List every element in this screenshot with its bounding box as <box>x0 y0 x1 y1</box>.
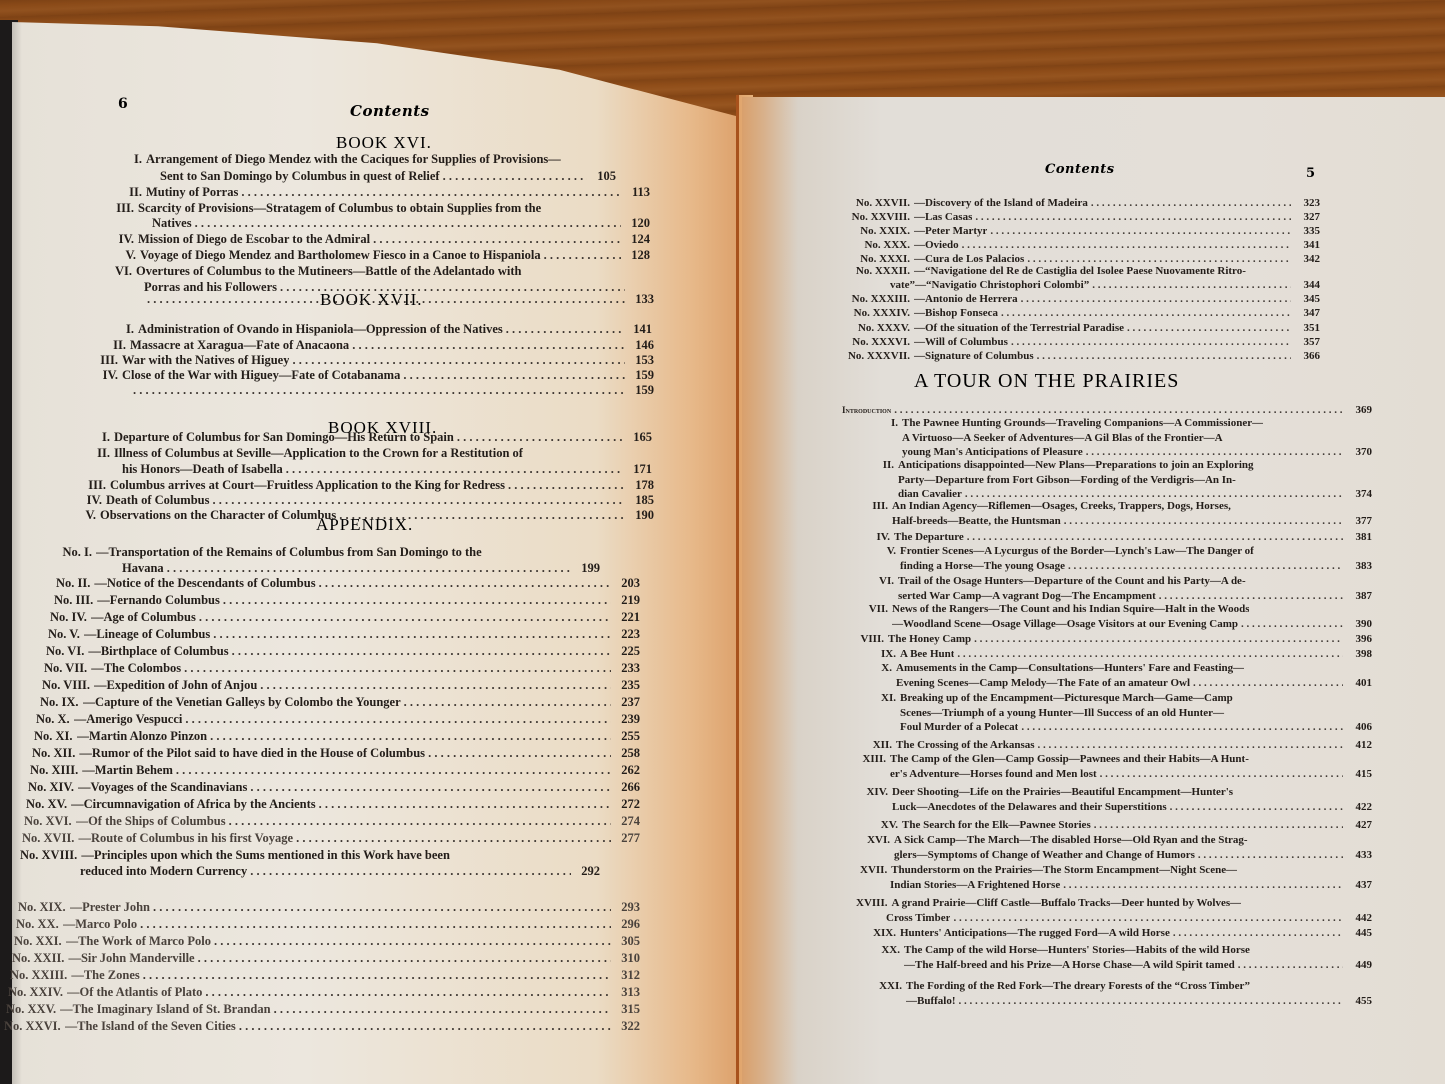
toc-entry-continuation[interactable]: Foul Murder of a Polecat406 <box>900 721 1372 733</box>
dot-leader <box>1064 515 1343 527</box>
entry-page-number: 366 <box>1294 350 1320 362</box>
entry-title: Introduction <box>842 405 891 415</box>
entry-number: No. XXVII. <box>840 197 910 209</box>
toc-entry[interactable]: IV.Close of the War with Higuey—Fate of … <box>94 368 654 383</box>
entry-number: No. XXII. <box>12 951 64 966</box>
toc-entry[interactable]: No. XXXVI.—Will of Columbus357 <box>840 336 1320 348</box>
entry-page-number: 445 <box>1346 927 1372 939</box>
entry-title: —Principles upon which the Sums mentione… <box>81 848 450 863</box>
dot-leader <box>184 661 611 676</box>
toc-entry[interactable]: V.Observations on the Character of Colum… <box>80 508 654 523</box>
entry-number: No. VIII. <box>42 678 90 693</box>
right-folio: 5 <box>1306 166 1315 181</box>
entry-page-number: 406 <box>1346 721 1372 733</box>
dot-leader <box>1170 801 1343 813</box>
dot-leader <box>153 900 611 915</box>
toc-entry[interactable]: No. III.—Fernando Columbus219 <box>54 593 640 608</box>
entry-page-number: 313 <box>614 985 640 1000</box>
entry-title: —Marco Polo <box>63 917 137 932</box>
entry-title: —Sir John Manderville <box>68 951 194 966</box>
entry-page-number: 322 <box>614 1019 640 1034</box>
dot-leader <box>1159 590 1343 602</box>
entry-title: Thunderstorm on the Prairies—The Storm E… <box>891 864 1237 876</box>
toc-entry[interactable]: No. XII.—Rumor of the Pilot said to have… <box>32 746 640 761</box>
entry-page-number: 396 <box>1346 633 1372 645</box>
toc-entry[interactable]: II.Massacre at Xaragua—Fate of Anacaona1… <box>104 338 654 353</box>
toc-entry[interactable]: No. XXX.—Oviedo341 <box>840 239 1320 251</box>
entry-title: News of the Rangers—The Count and his In… <box>892 603 1249 615</box>
entry-number: V. <box>80 508 96 523</box>
entry-title: Illness of Columbus at Seville—Applicati… <box>114 446 523 461</box>
entry-number: No. XXXVI. <box>840 336 910 348</box>
entry-number: No. XXVIII. <box>840 211 910 223</box>
entry-page-number: 296 <box>614 917 640 932</box>
toc-entry-continuation: A Virtuoso—A Seeker of Adventures—A Gil … <box>902 432 1223 444</box>
toc-entry[interactable]: XX.The Camp of the wild Horse—Hunters' S… <box>874 944 1250 956</box>
toc-entry[interactable]: V.Frontier Scenes—A Lycurgus of the Bord… <box>870 545 1254 557</box>
entry-title: Amusements in the Camp—Consultations—Hun… <box>896 662 1244 674</box>
entry-number: No. XXVI. <box>4 1019 61 1034</box>
entry-number: VIII. <box>858 633 884 645</box>
dot-leader <box>1092 279 1291 291</box>
entry-number: No. XIX. <box>18 900 66 915</box>
entry-page-number: 266 <box>614 780 640 795</box>
entry-title: Scarcity of Provisions—Stratagem of Colu… <box>138 201 541 216</box>
tour-section-heading: A TOUR ON THE PRAIRIES <box>914 370 1179 393</box>
entry-page-number: 344 <box>1294 279 1320 291</box>
dot-leader <box>292 353 625 368</box>
dot-leader <box>1173 927 1343 939</box>
toc-entry[interactable]: No. XXI.—The Work of Marco Polo305 <box>14 934 640 949</box>
entry-number: II. <box>120 185 142 200</box>
entry-title: —Amerigo Vespucci <box>74 712 183 727</box>
toc-entry-continuation[interactable]: Sent to San Domingo by Columbus in quest… <box>160 169 616 184</box>
entry-title-continued: glers—Symptoms of Change of Weather and … <box>894 849 1195 861</box>
toc-entry[interactable]: No. XXXVII.—Signature of Columbus366 <box>840 350 1320 362</box>
entry-page-number: 312 <box>614 968 640 983</box>
entry-number: IV. <box>78 493 102 508</box>
toc-entry[interactable]: No. XXIX.—Peter Martyr335 <box>840 225 1320 237</box>
entry-page-number: 153 <box>628 353 654 368</box>
toc-entry-continuation[interactable]: Evening Scenes—Camp Melody—The Fate of a… <box>896 677 1372 689</box>
entry-title: The Pawnee Hunting Grounds—Traveling Com… <box>902 417 1263 429</box>
toc-entry[interactable]: No. XXII.—Sir John Manderville310 <box>12 951 640 966</box>
entry-title: Death of Columbus <box>106 493 210 508</box>
toc-entry-continuation[interactable]: finding a Horse—The young Osage383 <box>900 560 1372 572</box>
dot-leader <box>133 383 625 398</box>
entry-title: Close of the War with Higuey—Fate of Cot… <box>122 368 400 383</box>
entry-number: No. XVI. <box>24 814 72 829</box>
entry-page-number: 171 <box>626 462 652 477</box>
toc-entry-continuation: Scenes—Triumph of a young Hunter—Ill Suc… <box>900 707 1224 719</box>
dot-leader <box>508 478 625 493</box>
toc-entry[interactable]: No. XIII.—Martin Behem262 <box>30 763 640 778</box>
entry-page-number: 178 <box>628 478 654 493</box>
entry-page-number: 370 <box>1346 446 1372 458</box>
entry-title: The Honey Camp <box>888 633 971 645</box>
entry-number: No. XI. <box>34 729 73 744</box>
entry-number: No. VI. <box>46 644 84 659</box>
toc-entry[interactable]: XII.The Crossing of the Arkansas412 <box>866 739 1372 751</box>
toc-entry[interactable]: No. XVI.—Of the Ships of Columbus274 <box>24 814 640 829</box>
entry-number: No. VII. <box>44 661 87 676</box>
entry-page-number: 315 <box>614 1002 640 1017</box>
entry-title-continued: finding a Horse—The young Osage <box>900 560 1065 572</box>
entry-number: No. XIII. <box>30 763 78 778</box>
entry-page-number: 255 <box>614 729 640 744</box>
entry-number: No. XVIII. <box>20 848 77 863</box>
toc-entry[interactable]: VIII.The Honey Camp396 <box>858 633 1372 645</box>
toc-entry-continuation[interactable]: his Honors—Death of Isabella171 <box>122 462 652 477</box>
entry-page-number: 427 <box>1346 819 1372 831</box>
dot-leader <box>443 169 587 184</box>
right-running-head: Contents <box>1045 162 1115 177</box>
toc-entry[interactable]: XIII.The Camp of the Glen—Camp Gossip—Pa… <box>860 753 1249 765</box>
entry-page-number: 272 <box>614 797 640 812</box>
entry-title: —The Island of the Seven Cities <box>65 1019 236 1034</box>
entry-number: No. X. <box>36 712 70 727</box>
entry-title: —Will of Columbus <box>914 336 1008 348</box>
toc-entry[interactable]: I.Administration of Ovando in Hispaniola… <box>112 322 652 337</box>
toc-entry-continuation[interactable]: —Buffalo!455 <box>906 995 1372 1007</box>
entry-title: Anticipations disappointed—New Plans—Pre… <box>898 459 1254 471</box>
toc-entry-continuation[interactable]: glers—Symptoms of Change of Weather and … <box>894 849 1372 861</box>
toc-entry[interactable]: No. X.—Amerigo Vespucci239 <box>36 712 640 727</box>
toc-entry[interactable]: No. IV.—Age of Columbus221 <box>50 610 640 625</box>
dot-leader <box>232 644 611 659</box>
left-folio: 6 <box>118 96 128 112</box>
toc-entry[interactable]: No. XI.—Martin Alonzo Pinzon255 <box>34 729 640 744</box>
entry-title-continued: Foul Murder of a Polecat <box>900 721 1018 733</box>
entry-title: The Camp of the Glen—Camp Gossip—Pawnees… <box>890 753 1249 765</box>
toc-entry-continuation[interactable]: —Woodland Scene—Osage Village—Osage Visi… <box>892 618 1372 630</box>
entry-number: No. XXX. <box>840 239 910 251</box>
dot-leader <box>1021 721 1343 733</box>
entry-number: XVI. <box>864 834 890 846</box>
dot-leader <box>214 934 611 949</box>
entry-page-number: 274 <box>614 814 640 829</box>
entry-title: —Rumor of the Pilot said to have died in… <box>79 746 425 761</box>
toc-entry-continuation[interactable]: 159 <box>130 383 654 398</box>
entry-title: Overtures of Columbus to the Mutineers—B… <box>136 264 522 279</box>
toc-entry[interactable]: II.Anticipations disappointed—New Plans—… <box>868 459 1254 471</box>
entry-page-number: 146 <box>628 338 654 353</box>
dot-leader <box>185 712 611 727</box>
toc-entry[interactable]: No. XXIV.—Of the Atlantis of Plato313 <box>8 985 640 1000</box>
toc-entry[interactable]: No. XIV.—Voyages of the Scandinavians266 <box>28 780 640 795</box>
toc-entry[interactable]: V.Voyage of Diego Mendez and Bartholomew… <box>114 248 650 263</box>
dot-leader <box>286 462 623 477</box>
toc-entry-continuation[interactable]: Natives120 <box>152 216 650 231</box>
entry-page-number: 292 <box>574 864 600 879</box>
toc-entry[interactable]: No. VI.—Birthplace of Columbus225 <box>46 644 640 659</box>
toc-entry[interactable]: XVII.Thunderstorm on the Prairies—The St… <box>860 864 1237 876</box>
toc-entry[interactable]: No. XXIII.—The Zones312 <box>10 968 640 983</box>
dot-leader <box>506 322 623 337</box>
entry-title: An Indian Agency—Riflemen—Osages, Creeks… <box>892 500 1231 512</box>
entry-page-number: 449 <box>1346 959 1372 971</box>
toc-entry[interactable]: II.Illness of Columbus at Seville—Applic… <box>90 446 523 461</box>
entry-number: VI. <box>868 575 894 587</box>
toc-entry[interactable]: No. IX.—Capture of the Venetian Galleys … <box>40 695 640 710</box>
entry-page-number: 237 <box>614 695 640 710</box>
toc-entry[interactable]: No. XIX.—Prester John293 <box>18 900 640 915</box>
entry-title: A Bee Hunt <box>900 648 954 660</box>
toc-entry-continuation[interactable]: Indian Stories—A Frightened Horse437 <box>890 879 1372 891</box>
entry-number: No. V. <box>48 627 80 642</box>
entry-page-number: 347 <box>1294 307 1320 319</box>
toc-entry-continuation[interactable]: Half-breeds—Beatte, the Huntsman377 <box>892 515 1372 527</box>
entry-title: —Expedition of John of Anjou <box>94 678 257 693</box>
dot-leader <box>199 610 611 625</box>
entry-title: —Signature of Columbus <box>914 350 1034 362</box>
entry-page-number: 377 <box>1346 515 1372 527</box>
entry-number: No. XVII. <box>22 831 74 846</box>
entry-title: —Lineage of Columbus <box>84 627 210 642</box>
toc-entry[interactable]: II.Mutiny of Porras113 <box>120 185 650 200</box>
entry-number: II. <box>90 446 110 461</box>
entry-page-number: 327 <box>1294 211 1320 223</box>
entry-number: X. <box>866 662 892 674</box>
toc-entry[interactable]: No. XVIII.—Principles upon which the Sum… <box>20 848 450 863</box>
toc-entry[interactable]: No. V.—Lineage of Columbus223 <box>48 627 640 642</box>
dot-leader <box>195 216 621 231</box>
entry-number: III. <box>112 201 134 216</box>
entry-page-number: 401 <box>1346 677 1372 689</box>
toc-entry[interactable]: XXI.The Fording of the Red Fork—The drea… <box>876 980 1250 992</box>
dot-leader <box>260 678 611 693</box>
entry-title: Mission of Diego de Escobar to the Admir… <box>138 232 370 247</box>
entry-number: No. I. <box>62 545 92 560</box>
toc-entry[interactable]: III.Scarcity of Provisions—Stratagem of … <box>112 201 541 216</box>
entry-number: XV. <box>872 819 898 831</box>
entry-title: —Fernando Columbus <box>97 593 220 608</box>
dot-leader <box>959 995 1344 1007</box>
entry-number: IV. <box>112 232 134 247</box>
dot-leader <box>975 211 1291 223</box>
toc-entry[interactable]: No. II.—Notice of the Descendants of Col… <box>56 576 640 591</box>
entry-page-number: 258 <box>614 746 640 761</box>
entry-page-number: 105 <box>590 169 616 184</box>
entry-page-number: 455 <box>1346 995 1372 1007</box>
dot-leader <box>176 763 611 778</box>
entry-page-number: 141 <box>626 322 652 337</box>
toc-entry[interactable]: VI.Overtures of Columbus to the Mutineer… <box>110 264 522 279</box>
entry-title: —Martin Behem <box>82 763 173 778</box>
dot-leader <box>1021 293 1291 305</box>
entry-page-number: 412 <box>1346 739 1372 751</box>
dot-leader <box>974 633 1343 645</box>
entry-number: No. XXV. <box>6 1002 56 1017</box>
entry-title-continued: —The Half-breed and his Prize—A Horse Ch… <box>904 959 1235 971</box>
dot-leader <box>404 695 611 710</box>
toc-entry[interactable]: IV.Mission of Diego de Escobar to the Ad… <box>112 232 650 247</box>
entry-page-number: 323 <box>1294 197 1320 209</box>
toc-entry-continuation[interactable]: serted War Camp—A vagrant Dog—The Encamp… <box>898 590 1372 602</box>
dot-leader <box>147 292 625 307</box>
toc-entry[interactable]: No. XXXI.—Cura de Los Palacios342 <box>840 253 1320 265</box>
dot-leader <box>544 248 621 263</box>
toc-entry[interactable]: XVI.A Sick Camp—The March—The disabled H… <box>864 834 1248 846</box>
entry-page-number: 293 <box>614 900 640 915</box>
dot-leader <box>1001 307 1291 319</box>
dot-leader <box>1094 819 1343 831</box>
entry-number: No. IX. <box>40 695 79 710</box>
entry-title: Frontier Scenes—A Lycurgus of the Border… <box>900 545 1254 557</box>
entry-title: —Prester John <box>70 900 150 915</box>
toc-entry[interactable]: III.War with the Natives of Higuey153 <box>96 353 654 368</box>
entry-page-number: 351 <box>1294 322 1320 334</box>
toc-entry[interactable]: XIV.Deer Shooting—Life on the Prairies—B… <box>862 786 1233 798</box>
entry-title: —Age of Columbus <box>91 610 196 625</box>
entry-number: No. XXIII. <box>10 968 67 983</box>
toc-entry[interactable]: III.An Indian Agency—Riflemen—Osages, Cr… <box>862 500 1231 512</box>
dot-leader <box>198 951 611 966</box>
toc-entry-continuation[interactable]: reduced into Modern Currency292 <box>80 864 600 879</box>
toc-entry-continuation[interactable]: vate”—“Navigatio Christophori Colombi”34… <box>890 279 1320 291</box>
entry-number: XVIII. <box>856 897 887 909</box>
toc-entry[interactable]: X.Amusements in the Camp—Consultations—H… <box>866 662 1244 674</box>
entry-number: I. <box>132 152 142 167</box>
entry-title-continued: Cross Timber <box>886 912 950 924</box>
entry-title: Administration of Ovando in Hispaniola—O… <box>138 322 503 337</box>
dot-leader <box>250 864 571 879</box>
entry-title-continued: —Woodland Scene—Osage Village—Osage Visi… <box>892 618 1238 630</box>
entry-number: XVII. <box>860 864 887 876</box>
dot-leader <box>213 493 626 508</box>
entry-title-continued: Evening Scenes—Camp Melody—The Fate of a… <box>896 677 1190 689</box>
entry-page-number: 369 <box>1346 404 1372 416</box>
toc-entry-continuation[interactable]: dian Cavalier374 <box>898 488 1372 500</box>
entry-number: XII. <box>866 739 892 751</box>
dot-leader <box>990 225 1291 237</box>
toc-entry[interactable]: VI.Trail of the Osage Hunters—Departure … <box>868 575 1246 587</box>
toc-entry-continuation[interactable]: Cross Timber442 <box>886 912 1372 924</box>
toc-entry[interactable]: No. XV.—Circumnavigation of Africa by th… <box>26 797 640 812</box>
toc-entry[interactable]: No. I.—Transportation of the Remains of … <box>62 545 482 560</box>
entry-page-number: 225 <box>614 644 640 659</box>
toc-entry[interactable]: No. XXXV.—Of the situation of the Terres… <box>840 322 1320 334</box>
entry-number: No. XX. <box>16 917 59 932</box>
toc-entry[interactable]: XIX.Hunters' Anticipations—The rugged Fo… <box>870 927 1372 939</box>
entry-title: —Martin Alonzo Pinzon <box>77 729 208 744</box>
toc-entry[interactable]: No. XXVIII.—Las Casas327 <box>840 211 1320 223</box>
toc-entry-continuation[interactable]: Havana199 <box>122 561 600 576</box>
toc-entry[interactable]: No. XXVI.—The Island of the Seven Cities… <box>4 1019 640 1034</box>
entry-title-continued: young Man's Anticipations of Pleasure <box>902 446 1083 458</box>
entry-page-number: 433 <box>1346 849 1372 861</box>
entry-title: Trail of the Osage Hunters—Departure of … <box>898 575 1246 587</box>
dot-leader <box>239 1019 611 1034</box>
toc-entry[interactable]: VII.News of the Rangers—The Count and hi… <box>862 603 1249 615</box>
entry-title: —The Zones <box>71 968 139 983</box>
toc-entry[interactable]: XV.The Search for the Elk—Pawnee Stories… <box>872 819 1372 831</box>
entry-title-continued: er's Adventure—Horses found and Men lost <box>890 768 1097 780</box>
entry-number: IV. <box>94 368 118 383</box>
entry-title: Massacre at Xaragua—Fate of Anacaona <box>130 338 349 353</box>
toc-entry[interactable]: IV.Death of Columbus185 <box>78 493 654 508</box>
dot-leader <box>967 531 1343 543</box>
entry-page-number: 442 <box>1346 912 1372 924</box>
entry-number: No. XV. <box>26 797 67 812</box>
entry-page-number: 262 <box>614 763 640 778</box>
entry-page-number: 124 <box>624 232 650 247</box>
toc-entry[interactable]: XVIII.A grand Prairie—Cliff Castle—Buffa… <box>856 897 1241 909</box>
toc-entry[interactable]: I.Departure of Columbus for San Domingo—… <box>96 430 652 445</box>
toc-entry[interactable]: No. XXV.—The Imaginary Island of St. Bra… <box>6 1002 640 1017</box>
toc-entry-continuation[interactable]: er's Adventure—Horses found and Men lost… <box>890 768 1372 780</box>
toc-entry[interactable]: I.Arrangement of Diego Mendez with the C… <box>132 152 561 167</box>
entry-title: Mutiny of Porras <box>146 185 238 200</box>
entry-number: No. XXXII. <box>840 265 910 277</box>
entry-page-number: 239 <box>614 712 640 727</box>
entry-title-continued: Luck—Anecdotes of the Delawares and thei… <box>892 801 1167 813</box>
entry-title: —Circumnavigation of Africa by the Ancie… <box>71 797 316 812</box>
toc-entry[interactable]: No. XXVII.—Discovery of the Island of Ma… <box>840 197 1320 209</box>
toc-entry[interactable]: IX.A Bee Hunt398 <box>870 648 1372 660</box>
dot-leader <box>1198 849 1343 861</box>
entry-number: I. <box>872 417 898 429</box>
dot-leader <box>1086 446 1343 458</box>
dot-leader <box>1011 336 1291 348</box>
toc-entry[interactable]: No. XVII.—Route of Columbus in his first… <box>22 831 640 846</box>
entry-page-number: 415 <box>1346 768 1372 780</box>
toc-entry[interactable]: III.Columbus arrives at Court—Fruitless … <box>82 478 654 493</box>
entry-title: —The Imaginary Island of St. Brandan <box>60 1002 270 1017</box>
toc-entry[interactable]: No. VII.—The Colombos233 <box>44 661 640 676</box>
entry-title: —Transportation of the Remains of Columb… <box>96 545 482 560</box>
dot-leader <box>403 368 625 383</box>
dot-leader <box>223 593 611 608</box>
entry-number: No. XXXV. <box>840 322 910 334</box>
toc-entry[interactable]: No. XX.—Marco Polo296 <box>16 917 640 932</box>
entry-page-number: 381 <box>1346 531 1372 543</box>
toc-entry[interactable]: No. XXXIV.—Bishop Fonseca347 <box>840 307 1320 319</box>
dot-leader <box>1091 197 1291 209</box>
dot-leader <box>319 576 611 591</box>
entry-number: No. XXXI. <box>840 253 910 265</box>
toc-entry[interactable]: I.The Pawnee Hunting Grounds—Traveling C… <box>872 417 1263 429</box>
toc-entry[interactable]: Introduction369 <box>842 404 1372 416</box>
toc-entry[interactable]: No. XXXIII.—Antonio de Herrera345 <box>840 293 1320 305</box>
entry-title: Breaking up of the Encampment—Picturesqu… <box>900 692 1233 704</box>
toc-entry[interactable]: No. VIII.—Expedition of John of Anjou235 <box>42 678 640 693</box>
entry-page-number: 235 <box>614 678 640 693</box>
entry-title: The Fording of the Red Fork—The dreary F… <box>906 980 1250 992</box>
toc-entry-continuation[interactable]: —The Half-breed and his Prize—A Horse Ch… <box>904 959 1372 971</box>
entry-title: A grand Prairie—Cliff Castle—Buffalo Tra… <box>891 897 1241 909</box>
entry-title: The Camp of the wild Horse—Hunters' Stor… <box>904 944 1250 956</box>
toc-entry[interactable]: IV.The Departure381 <box>864 531 1372 543</box>
entry-number: No. IV. <box>50 610 87 625</box>
toc-entry-continuation[interactable]: young Man's Anticipations of Pleasure370 <box>902 446 1372 458</box>
entry-title: The Crossing of the Arkansas <box>896 739 1035 751</box>
toc-entry-continuation[interactable]: 133 <box>144 292 654 307</box>
entry-page-number: 398 <box>1346 648 1372 660</box>
entry-title: —Capture of the Venetian Galleys by Colo… <box>83 695 401 710</box>
dot-leader <box>210 729 611 744</box>
entry-number: XI. <box>870 692 896 704</box>
toc-entry-continuation: Party—Departure from Fort Gibson—Fording… <box>898 474 1236 486</box>
entry-number: No. XXXVII. <box>840 350 910 362</box>
entry-page-number: 345 <box>1294 293 1320 305</box>
toc-entry[interactable]: No. XXXII.—“Navigatione del Re de Castig… <box>840 265 1246 277</box>
toc-entry-continuation[interactable]: Luck—Anecdotes of the Delawares and thei… <box>892 801 1372 813</box>
entry-page-number: 190 <box>628 508 654 523</box>
entry-title-continued: Havana <box>122 561 164 576</box>
entry-number: XIII. <box>860 753 886 765</box>
toc-entry[interactable]: XI.Breaking up of the Encampment—Picture… <box>870 692 1233 704</box>
